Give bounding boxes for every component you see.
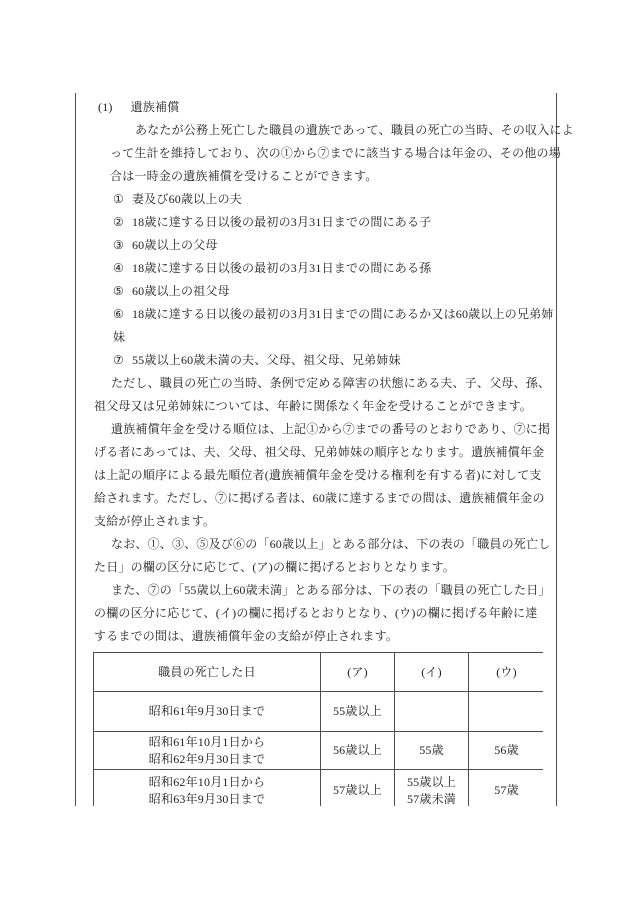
cell-u: 56歳 bbox=[469, 732, 544, 770]
period-line: 昭和61年9月30日まで bbox=[94, 703, 320, 720]
paragraph-line: 給されます。ただし、⑦に掲げる者は、60歳に達するまでの間は、遺族補償年金の bbox=[94, 491, 545, 506]
item-text: 55歳以上60歳未満の夫、父母、祖父母、兄弟姉妹 bbox=[132, 353, 401, 367]
cell-i: 55歳 bbox=[395, 732, 469, 770]
section-number: (1) bbox=[98, 100, 113, 115]
item-text: 18歳に達する日以後の最初の3月31日までの間にある孫 bbox=[132, 261, 431, 275]
list-item-5: ⑤60歳以上の祖父母 bbox=[113, 284, 230, 299]
period-line: 昭和63年9月30日まで bbox=[94, 791, 320, 807]
cell-u bbox=[469, 692, 544, 732]
item-number: ③ bbox=[113, 238, 124, 253]
period-line: 昭和61年10月1日から bbox=[94, 734, 320, 751]
table-header-u: (ウ) bbox=[469, 653, 544, 692]
item-text: 18歳に達する日以後の最初の3月31日までの間にある子 bbox=[132, 215, 431, 229]
paragraph-line: また、⑦の「55歳以上60歳未満」とある部分は、下の表の「職員の死亡した日」 bbox=[111, 583, 551, 598]
section-heading: (1)遺族補償 bbox=[98, 100, 179, 115]
paragraph-line: なお、①、③、⑤及び⑥の「60歳以上」とある部分は、下の表の「職員の死亡し bbox=[111, 537, 550, 552]
cell-period: 昭和62年10月1日から 昭和63年9月30日まで bbox=[94, 770, 321, 807]
document-page: (1)遺族補償 あなたが公務上死亡した職員の遺族であって、職員の死亡の当時、その… bbox=[0, 0, 630, 915]
list-item-1: ①妻及び60歳以上の夫 bbox=[113, 192, 242, 207]
cell-period: 昭和61年10月1日から 昭和62年9月30日まで bbox=[94, 732, 321, 770]
paragraph-line: げる者にあっては、夫、父母、祖父母、兄弟姉妹の順序となります。遺族補償年金 bbox=[94, 445, 544, 460]
paragraph-line: た日」の欄の区分に応じて、(ア)の欄に掲げるとおりとなります。 bbox=[94, 560, 455, 575]
table-header-death-date: 職員の死亡した日 bbox=[94, 653, 321, 692]
table-header-i: (イ) bbox=[395, 653, 469, 692]
cell-u: 57歳 bbox=[469, 770, 544, 807]
table-row: 昭和61年9月30日まで 55歳以上 bbox=[94, 692, 544, 732]
cell-i bbox=[395, 692, 469, 732]
cell-i-line: 57歳未満 bbox=[395, 791, 468, 807]
cell-a: 55歳以上 bbox=[321, 692, 395, 732]
list-item-4: ④18歳に達する日以後の最初の3月31日までの間にある孫 bbox=[113, 261, 431, 276]
paragraph-line: 祖父母又は兄弟姉妹については、年齢に関係なく年金を受けることができます。 bbox=[94, 399, 532, 414]
item-text: 妻及び60歳以上の夫 bbox=[132, 192, 242, 206]
item-number: ④ bbox=[113, 261, 124, 276]
cell-a: 57歳以上 bbox=[321, 770, 395, 807]
paragraph-line: 遺族補償年金を受ける順位は、上記①から⑦までの番号のとおりであり、⑦に掲 bbox=[111, 422, 550, 437]
cell-period: 昭和61年9月30日まで bbox=[94, 692, 321, 732]
paragraph-line: するまでの間は、遺族補償年金の支給が停止されます。 bbox=[94, 629, 398, 644]
item-text: 60歳以上の祖父母 bbox=[132, 284, 230, 298]
item-number: ② bbox=[113, 215, 124, 230]
paragraph-line: の欄の区分に応じて、(イ)の欄に掲げるとおりとなり、(ウ)の欄に掲げる年齢に達 bbox=[94, 606, 538, 621]
item-number: ① bbox=[113, 192, 124, 207]
period-line: 昭和62年10月1日から bbox=[94, 774, 320, 791]
age-table: 職員の死亡した日 (ア) (イ) (ウ) 昭和61年9月30日まで 55歳以上 … bbox=[93, 652, 543, 806]
table-header-row: 職員の死亡した日 (ア) (イ) (ウ) bbox=[94, 653, 544, 692]
list-item-6-continuation: 妹 bbox=[113, 330, 125, 345]
cell-a: 56歳以上 bbox=[321, 732, 395, 770]
intro-line: 合は一時金の遺族補償を受けることができます。 bbox=[110, 169, 377, 184]
left-border-rule bbox=[75, 93, 76, 806]
item-text: 18歳に達する日以後の最初の3月31日までの間にあるか又は60歳以上の兄弟姉 bbox=[132, 307, 554, 321]
item-text: 60歳以上の父母 bbox=[132, 238, 218, 252]
list-item-7: ⑦55歳以上60歳未満の夫、父母、祖父母、兄弟姉妹 bbox=[113, 353, 401, 368]
paragraph-line: 支給が停止されます。 bbox=[94, 514, 215, 529]
list-item-3: ③60歳以上の父母 bbox=[113, 238, 218, 253]
section-title: 遺族補償 bbox=[131, 100, 180, 114]
list-item-6: ⑥18歳に達する日以後の最初の3月31日までの間にあるか又は60歳以上の兄弟姉 bbox=[113, 307, 554, 322]
intro-line: あなたが公務上死亡した職員の遺族であって、職員の死亡の当時、その収入によ bbox=[135, 123, 574, 138]
paragraph-line: ただし、職員の死亡の当時、条例で定める障害の状態にある夫、子、父母、孫、 bbox=[111, 376, 550, 391]
table-header-a: (ア) bbox=[321, 653, 395, 692]
table-row: 昭和62年10月1日から 昭和63年9月30日まで 57歳以上 55歳以上 57… bbox=[94, 770, 544, 807]
period-line: 昭和62年9月30日まで bbox=[94, 751, 320, 768]
cell-i: 55歳以上 57歳未満 bbox=[395, 770, 469, 807]
item-number: ⑤ bbox=[113, 284, 124, 299]
intro-line: って生計を維持しており、次の①から⑦までに該当する場合は年金の、その他の場 bbox=[110, 146, 561, 161]
paragraph-line: は上記の順序による最先順位者(遺族補償年金を受ける権利を有する者)に対して支 bbox=[94, 468, 542, 483]
item-number: ⑥ bbox=[113, 307, 124, 322]
cell-i-line: 55歳以上 bbox=[395, 774, 468, 791]
right-border-rule bbox=[556, 93, 557, 806]
table-row: 昭和61年10月1日から 昭和62年9月30日まで 56歳以上 55歳 56歳 bbox=[94, 732, 544, 770]
list-item-2: ②18歳に達する日以後の最初の3月31日までの間にある子 bbox=[113, 215, 431, 230]
item-number: ⑦ bbox=[113, 353, 124, 368]
